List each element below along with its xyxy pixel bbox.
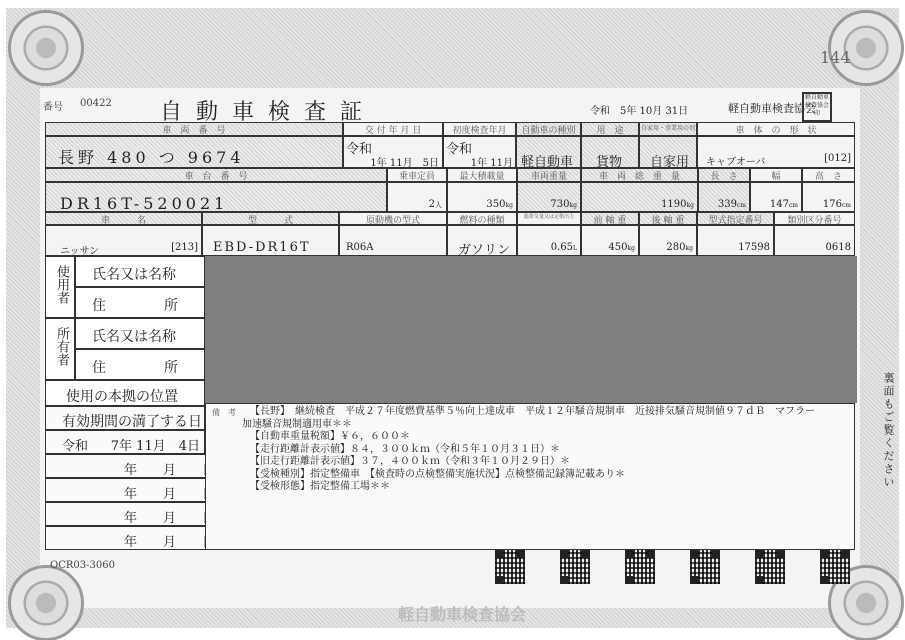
front-axle-unit: kg bbox=[628, 245, 635, 252]
remarks-line: 【受検形態】指定整備工場＊＊ bbox=[250, 481, 815, 494]
official-stamp: 軽自動車検査協会印 bbox=[802, 92, 832, 122]
front-axle: 450 bbox=[608, 242, 627, 253]
qr-code-5 bbox=[755, 550, 785, 584]
first-registration-cell: 令和 1年 11月 bbox=[443, 136, 516, 168]
validity-label-cell: 有効期間の満了する日 bbox=[45, 406, 205, 430]
side-note: 裏面もご覧ください bbox=[880, 372, 896, 489]
footer-issuer-watermark: 軽自動車検査協会 bbox=[398, 602, 526, 625]
qr-code-6 bbox=[820, 550, 850, 584]
serial-number: 00422 bbox=[80, 98, 112, 109]
issue-date-value: 1年 11月 5日 bbox=[370, 154, 439, 169]
fuel-cell: ガソリン bbox=[447, 225, 517, 256]
hdr-capacity-cell: 乗車定員 bbox=[387, 168, 447, 182]
max-load: 350 bbox=[486, 199, 505, 210]
hdr-engine-cell: 原動機の型式 bbox=[339, 212, 447, 225]
qr-code-4 bbox=[690, 550, 720, 584]
hdr-purpose-cell: 用 途 bbox=[581, 122, 639, 136]
validity-label: 有効期間の満了する日 bbox=[62, 411, 202, 431]
first-registration-value: 1年 11月 bbox=[471, 154, 513, 169]
stamp-text: 軽自動車検査協会印 bbox=[805, 94, 829, 117]
hdr-private-business-cell: 自家用・事業用の別 bbox=[639, 122, 697, 136]
remarks-line: 【長野】 継続検査 平成２７年度燃費基準５％向上達成車 平成１２年騒音規制車 近… bbox=[250, 406, 815, 419]
height-unit: cm bbox=[842, 202, 851, 209]
user-label-cell: 使用者 bbox=[45, 256, 75, 318]
remarks-label: 備 考 bbox=[212, 407, 236, 418]
hdr-model-cell: 型 式 bbox=[202, 212, 339, 225]
hdr-chassis-number: 車 台 番 号 bbox=[46, 169, 386, 182]
registration-number: 長野 480 つ 9674 bbox=[58, 145, 245, 168]
remarks-line: 【自動車重量税額】￥６，６００＊ bbox=[250, 431, 815, 444]
max-load-unit: kg bbox=[506, 202, 513, 209]
hdr-height-cell: 高 さ bbox=[802, 168, 855, 182]
blank-date-row-2: 年 月 日 bbox=[45, 478, 232, 502]
hdr-type-designation-cell: 型式指定番号 bbox=[697, 212, 774, 225]
issue-date: 令和 5年 10月 31日 bbox=[590, 102, 688, 117]
make-cell: ニッサン [213] bbox=[45, 225, 202, 256]
owner-address-label: 住 所 bbox=[92, 357, 182, 377]
length-cell: 339cm bbox=[698, 182, 750, 212]
body-shape-cell: キャブオーバ [012] bbox=[697, 136, 855, 168]
corner-ornament-bottom-left bbox=[8, 565, 84, 640]
height-cell: 176cm bbox=[802, 182, 855, 212]
width-cell: 147cm bbox=[750, 182, 802, 212]
validity-era: 令和 bbox=[62, 435, 88, 454]
hdr-vehicle-weight-cell: 車両重量 bbox=[517, 168, 581, 182]
rear-axle: 280 bbox=[666, 242, 685, 253]
gross-weight: 1190 bbox=[661, 199, 686, 210]
registration-number-cell: 長野 480 つ 9674 bbox=[45, 136, 343, 168]
hdr-width-cell: 幅 bbox=[750, 168, 802, 182]
user-name-label-cell: 氏名又は名称 bbox=[75, 256, 205, 287]
qr-code-1 bbox=[495, 550, 525, 584]
hdr-capacity: 乗車定員 bbox=[388, 169, 446, 182]
issue-era: 令和 bbox=[346, 138, 372, 157]
private-business-cell: 自家用 bbox=[639, 136, 697, 168]
engine-type: R06A bbox=[346, 242, 373, 253]
blank-date-row-3: 年 月 日 bbox=[45, 502, 232, 526]
hdr-vehicle-class: 自動車の種別 bbox=[517, 123, 580, 136]
hdr-purpose: 用 途 bbox=[582, 123, 638, 136]
vehicle-weight-cell: 730kg bbox=[517, 182, 581, 212]
hdr-front-axle-cell: 前 軸 重 bbox=[581, 212, 639, 225]
qr-code-2 bbox=[560, 550, 590, 584]
remarks-line: 【走行距離計表示値】８４，３００ｋｍ（令和５年１０月３１日）＊ bbox=[250, 444, 815, 457]
hdr-vehicle-class-cell: 自動車の種別 bbox=[516, 122, 581, 136]
blank-date-row-4: 年 月 日 bbox=[45, 526, 232, 550]
hdr-registration-number: 車 両 番 号 bbox=[46, 123, 342, 136]
hdr-height: 高 さ bbox=[803, 169, 854, 182]
type-designation: 17598 bbox=[738, 242, 770, 253]
gross-weight-cell: 1190kg bbox=[581, 182, 698, 212]
hdr-issue-date: 交 付 年 月 日 bbox=[344, 123, 442, 136]
blank-date-2: 年 月 日 bbox=[124, 483, 215, 502]
model-cell: EBD-DR16T bbox=[202, 225, 339, 256]
remarks-line: 【旧走行距離計表示値】３７，４００ｋｍ（令和３年１０月２９日）＊ bbox=[250, 456, 815, 469]
base-location-label-cell: 使用の本拠の位置 bbox=[45, 380, 205, 406]
owner-label-cell: 所有者 bbox=[45, 318, 75, 380]
remarks-line: 加速騒音規制適用車＊＊ bbox=[242, 419, 815, 432]
form-code: OCR03-3060 bbox=[50, 560, 115, 571]
corner-ornament-top-left bbox=[8, 10, 84, 86]
purpose-cell: 貨物 bbox=[581, 136, 639, 168]
owner-label: 所有者 bbox=[52, 327, 71, 366]
hdr-length-cell: 長 さ bbox=[698, 168, 750, 182]
max-load-cell: 350kg bbox=[447, 182, 517, 212]
hdr-vehicle-weight: 車両重量 bbox=[518, 169, 580, 182]
hdr-length: 長 さ bbox=[699, 169, 749, 182]
validity-date: 7年 11月 4日 bbox=[111, 435, 200, 454]
hdr-rear-axle-cell: 後 軸 重 bbox=[639, 212, 697, 225]
hdr-max-load-cell: 最大積載量 bbox=[447, 168, 517, 182]
displacement-unit: L bbox=[573, 245, 577, 252]
chassis-number: DR16T-520021 bbox=[60, 194, 228, 213]
height: 176 bbox=[823, 199, 842, 210]
corner-number: 144 bbox=[820, 48, 851, 67]
qr-code-3 bbox=[625, 550, 655, 584]
redacted-owner-info bbox=[205, 256, 857, 403]
displacement: 0.65 bbox=[551, 242, 573, 253]
blank-date-4: 年 月 日 bbox=[124, 531, 215, 550]
body-shape: キャブオーバ bbox=[706, 153, 765, 168]
displacement-cell: 0.65L bbox=[517, 225, 581, 256]
remarks-box: 備 考 【長野】 継続検査 平成２７年度燃費基準５％向上達成車 平成１２年騒音規… bbox=[205, 403, 855, 550]
user-address-label: 住 所 bbox=[92, 295, 182, 315]
chassis-cell: DR16T-520021 bbox=[45, 182, 387, 212]
base-location-label: 使用の本拠の位置 bbox=[66, 386, 178, 406]
width: 147 bbox=[770, 199, 789, 210]
hdr-body-shape: 車 体 の 形 状 bbox=[698, 123, 854, 136]
capacity-unit: 人 bbox=[435, 201, 442, 209]
hdr-registration-number-cell: 車 両 番 号 bbox=[45, 122, 343, 136]
remarks-lines: 【長野】 継続検査 平成２７年度燃費基準５％向上達成車 平成１２年騒音規制車 近… bbox=[250, 406, 815, 494]
owner-name-label-cell: 氏名又は名称 bbox=[75, 318, 205, 349]
hdr-body-shape-cell: 車 体 の 形 状 bbox=[697, 122, 855, 136]
gross-weight-unit: kg bbox=[687, 202, 694, 209]
engine-cell: R06A bbox=[339, 225, 447, 256]
vehicle-weight-unit: kg bbox=[570, 202, 577, 209]
user-name-label: 氏名又は名称 bbox=[92, 264, 176, 284]
make: ニッサン bbox=[60, 242, 99, 257]
hdr-first-reg-cell: 初度検査年月 bbox=[443, 122, 516, 136]
hdr-max-load: 最大積載量 bbox=[448, 169, 516, 182]
hdr-gross-weight-cell: 車 両 総 重 量 bbox=[581, 168, 698, 182]
user-label: 使用者 bbox=[52, 265, 71, 304]
model: EBD-DR16T bbox=[213, 240, 311, 255]
capacity-cell: 2人 bbox=[387, 182, 447, 212]
hdr-fuel-cell: 燃料の種類 bbox=[447, 212, 517, 225]
hdr-displacement: 総排気量又は定格出力 bbox=[518, 213, 580, 220]
blank-date-3: 年 月 日 bbox=[124, 507, 215, 526]
user-address-label-cell: 住 所 bbox=[75, 287, 205, 318]
front-axle-cell: 450kg bbox=[581, 225, 639, 256]
remarks-line: 【受検種別】指定整備車 【検査時の点検整備実施状況】点検整備記録簿記載あり＊ bbox=[250, 469, 815, 482]
category-cell: 0618 bbox=[774, 225, 855, 256]
hdr-private-business: 自家用・事業用の別 bbox=[640, 123, 696, 132]
make-code: [213] bbox=[171, 242, 198, 253]
hdr-width: 幅 bbox=[751, 169, 801, 182]
owner-name-label: 氏名又は名称 bbox=[92, 326, 176, 346]
validity-date-cell: 令和 7年 11月 4日 bbox=[45, 430, 205, 454]
vehicle-weight: 730 bbox=[550, 199, 569, 210]
rear-axle-cell: 280kg bbox=[639, 225, 697, 256]
hdr-gross-weight: 車 両 総 重 量 bbox=[582, 169, 697, 182]
body-shape-code: [012] bbox=[824, 153, 851, 164]
hdr-chassis-cell: 車 台 番 号 bbox=[45, 168, 387, 182]
hdr-displacement-cell: 総排気量又は定格出力 bbox=[517, 212, 581, 225]
rear-axle-unit: kg bbox=[686, 245, 693, 252]
blank-date-row-1: 年 月 日 bbox=[45, 454, 232, 478]
length-unit: cm bbox=[737, 202, 746, 209]
issue-date-cell: 令和 1年 11月 5日 bbox=[343, 136, 443, 168]
first-era: 令和 bbox=[446, 138, 472, 157]
hdr-category-cell: 類別区分番号 bbox=[774, 212, 855, 225]
hdr-issue-date-cell: 交 付 年 月 日 bbox=[343, 122, 443, 136]
length: 339 bbox=[718, 199, 737, 210]
width-unit: cm bbox=[789, 202, 798, 209]
category-number: 0618 bbox=[826, 242, 851, 253]
serial-label: 番号 bbox=[43, 98, 63, 113]
blank-date-1: 年 月 日 bbox=[124, 459, 215, 478]
owner-address-label-cell: 住 所 bbox=[75, 349, 205, 380]
type-designation-cell: 17598 bbox=[697, 225, 774, 256]
hdr-make-cell: 車 名 bbox=[45, 212, 202, 225]
vehicle-class-cell: 軽自動車 bbox=[516, 136, 581, 168]
hdr-first-registration: 初度検査年月 bbox=[444, 123, 515, 136]
